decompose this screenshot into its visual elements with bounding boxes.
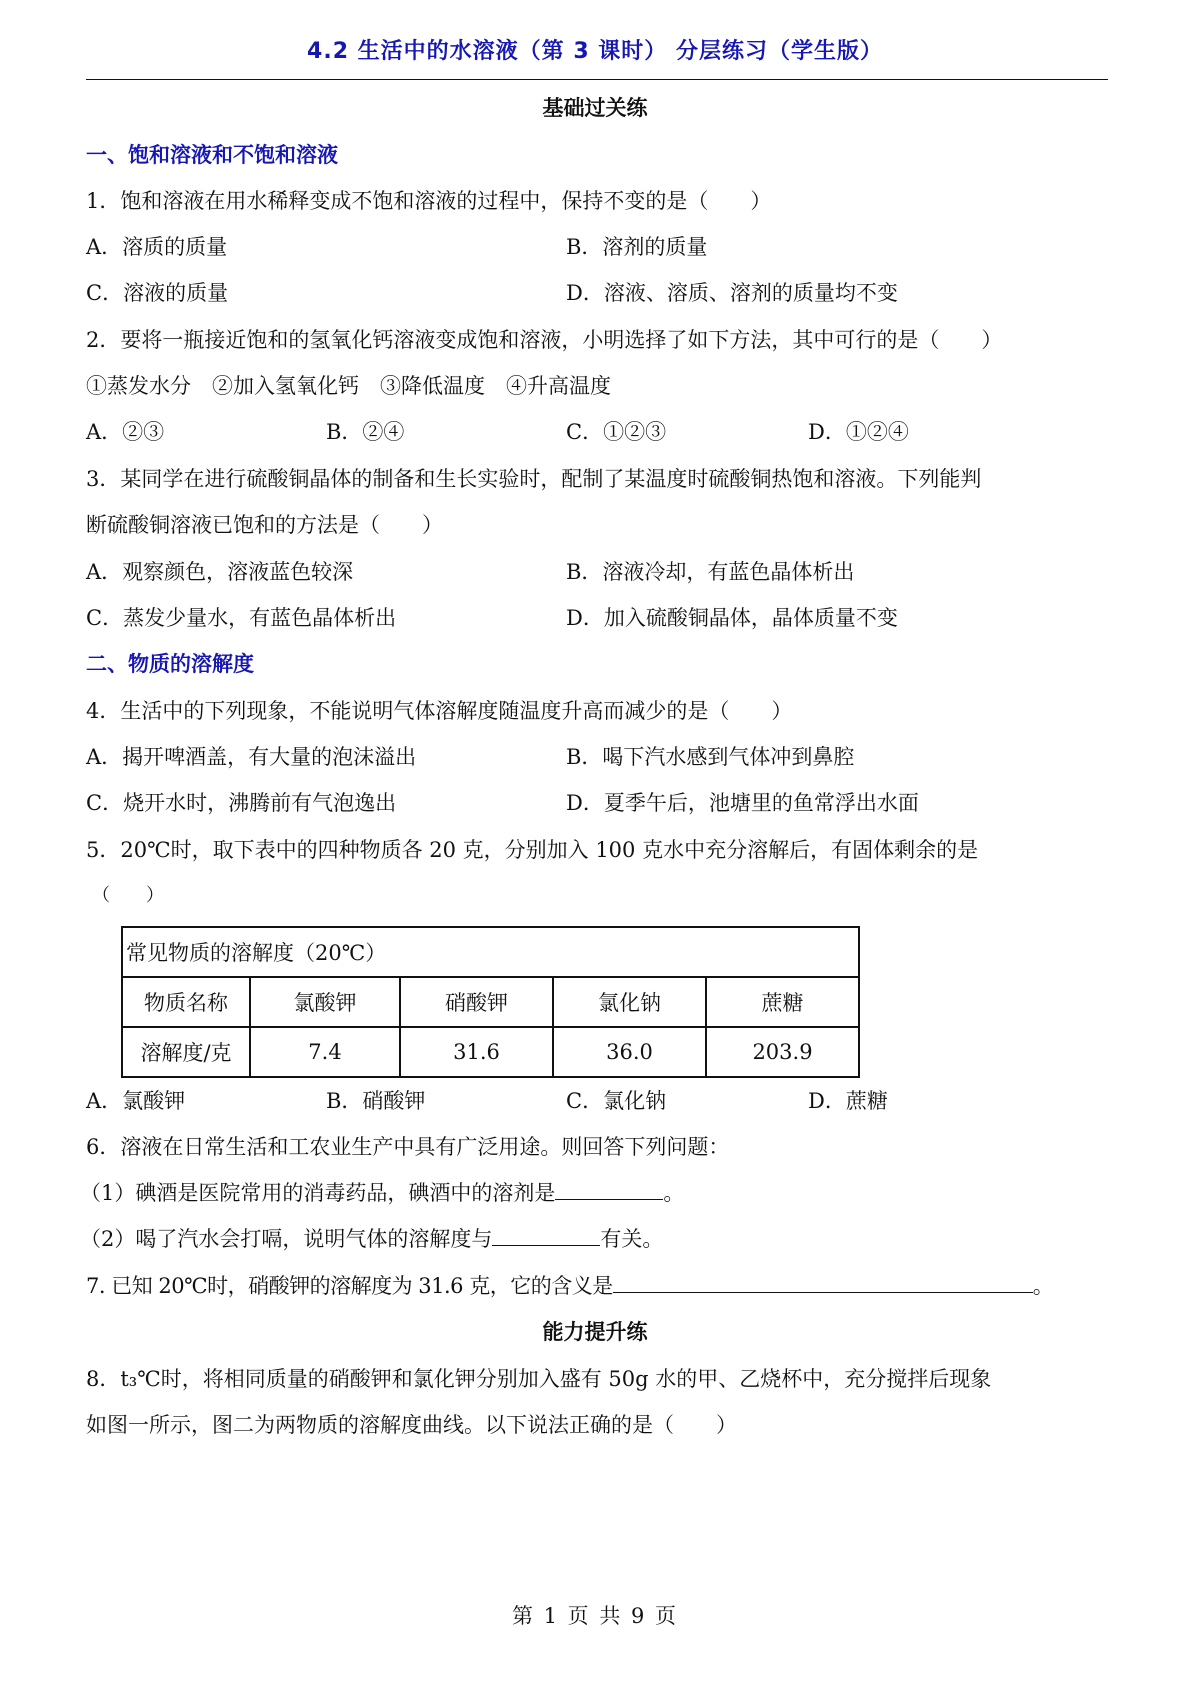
question-4-option-d: D．夏季午后，池塘里的鱼常浮出水面 <box>566 789 919 817</box>
section-heading-saturated-solutions: 一、饱和溶液和不饱和溶液 <box>86 141 338 169</box>
question-3-option-b: B．溶液冷却，有蓝色晶体析出 <box>566 558 854 586</box>
question-6-sub2-end: 有关。 <box>600 1227 663 1251</box>
table-cell: 7.4 <box>250 1027 400 1077</box>
question-3-stem-line1: 3．某同学在进行硫酸铜晶体的制备和生长实验时，配制了某温度时硫酸铜热饱和溶液。下… <box>86 465 981 493</box>
question-1-option-a: A．溶质的质量 <box>86 233 227 261</box>
question-1-option-b: B．溶剂的质量 <box>566 233 707 261</box>
question-5-stem: 5．20℃时，取下表中的四种物质各 20 克，分别加入 100 克水中充分溶解后… <box>86 836 978 864</box>
answer-blank[interactable] <box>613 1272 1033 1293</box>
question-2-option-a: A．②③ <box>86 418 164 446</box>
question-3-option-d: D．加入硫酸铜晶体，晶体质量不变 <box>566 604 898 632</box>
question-2-option-b: B．②④ <box>326 418 404 446</box>
question-5-option-d: D．蔗糖 <box>808 1087 888 1115</box>
table-cell: 36.0 <box>553 1027 706 1077</box>
question-1-option-d: D．溶液、溶质、溶剂的质量均不变 <box>566 279 898 307</box>
table-row: 溶解度/克 7.4 31.6 36.0 203.9 <box>122 1027 859 1077</box>
basic-practice-heading: 基础过关练 <box>0 94 1190 122</box>
question-5-answer-paren: （ ） <box>92 882 164 910</box>
table-cell: 31.6 <box>400 1027 553 1077</box>
question-5-option-c: C．氯化钠 <box>566 1087 666 1115</box>
question-2-stem: 2．要将一瓶接近饱和的氢氧化钙溶液变成饱和溶液，小明选择了如下方法，其中可行的是… <box>86 326 1002 354</box>
question-2-option-d: D．①②④ <box>808 418 909 446</box>
question-8-stem-line2: 如图一所示，图二为两物质的溶解度曲线。以下说法正确的是（ ） <box>86 1411 737 1439</box>
question-2-methods: ①蒸发水分 ②加入氢氧化钙 ③降低温度 ④升高温度 <box>86 372 611 400</box>
question-5-option-a: A．氯酸钾 <box>86 1087 185 1115</box>
question-6-sub1: （1）碘酒是医院常用的消毒药品，碘酒中的溶剂是。 <box>80 1179 684 1207</box>
question-8-stem-line1: 8．t₃℃时，将相同质量的硝酸钾和氯化钾分别加入盛有 50g 水的甲、乙烧杯中，… <box>86 1365 991 1393</box>
question-4-option-c: C．烧开水时，沸腾前有气泡逸出 <box>86 789 396 817</box>
table-cell: 203.9 <box>706 1027 859 1077</box>
question-7-text: 7. 已知 20℃时，硝酸钾的溶解度为 31.6 克，它的含义是 <box>86 1274 613 1298</box>
table-header-cell: 蔗糖 <box>706 977 859 1027</box>
page-footer: 第 1 页 共 9 页 <box>0 1602 1190 1630</box>
question-1-option-c: C．溶液的质量 <box>86 279 228 307</box>
section-heading-solubility: 二、物质的溶解度 <box>86 650 254 678</box>
question-3-option-a: A．观察颜色，溶液蓝色较深 <box>86 558 353 586</box>
question-4-option-b: B．喝下汽水感到气体冲到鼻腔 <box>566 743 854 771</box>
header-rule <box>86 79 1108 80</box>
table-header-cell: 硝酸钾 <box>400 977 553 1027</box>
solubility-table: 常见物质的溶解度（20℃） 物质名称 氯酸钾 硝酸钾 氯化钠 蔗糖 溶解度/克 … <box>121 926 860 1078</box>
table-header-cell: 氯化钠 <box>553 977 706 1027</box>
question-6-sub2: （2）喝了汽水会打嗝，说明气体的溶解度与有关。 <box>80 1225 663 1253</box>
answer-blank[interactable] <box>492 1225 600 1246</box>
question-2-option-c: C．①②③ <box>566 418 666 446</box>
question-1-stem: 1．饱和溶液在用水稀释变成不饱和溶液的过程中，保持不变的是（ ） <box>86 187 771 215</box>
question-4-option-a: A．揭开啤酒盖，有大量的泡沫溢出 <box>86 743 416 771</box>
answer-blank[interactable] <box>555 1179 663 1200</box>
question-7: 7. 已知 20℃时，硝酸钾的溶解度为 31.6 克，它的含义是。 <box>86 1272 1053 1300</box>
document-title: 4.2 生活中的水溶液（第 3 课时） 分层练习（学生版） <box>0 34 1190 65</box>
advanced-practice-heading: 能力提升练 <box>0 1318 1190 1346</box>
table-header-cell: 氯酸钾 <box>250 977 400 1027</box>
question-7-end: 。 <box>1033 1274 1054 1298</box>
question-6-sub2-text: （2）喝了汽水会打嗝，说明气体的溶解度与 <box>80 1227 492 1251</box>
table-header-cell: 物质名称 <box>122 977 250 1027</box>
table-cell: 溶解度/克 <box>122 1027 250 1077</box>
question-6-stem: 6．溶液在日常生活和工农业生产中具有广泛用途。则回答下列问题： <box>86 1133 729 1161</box>
question-3-option-c: C．蒸发少量水，有蓝色晶体析出 <box>86 604 396 632</box>
table-row: 物质名称 氯酸钾 硝酸钾 氯化钠 蔗糖 <box>122 977 859 1027</box>
question-6-sub1-end: 。 <box>663 1181 684 1205</box>
table-caption: 常见物质的溶解度（20℃） <box>122 927 859 977</box>
question-3-stem-line2: 断硫酸铜溶液已饱和的方法是（ ） <box>86 511 443 539</box>
question-4-stem: 4．生活中的下列现象，不能说明气体溶解度随温度升高而减少的是（ ） <box>86 697 792 725</box>
question-6-sub1-text: （1）碘酒是医院常用的消毒药品，碘酒中的溶剂是 <box>80 1181 555 1205</box>
question-5-option-b: B．硝酸钾 <box>326 1087 425 1115</box>
